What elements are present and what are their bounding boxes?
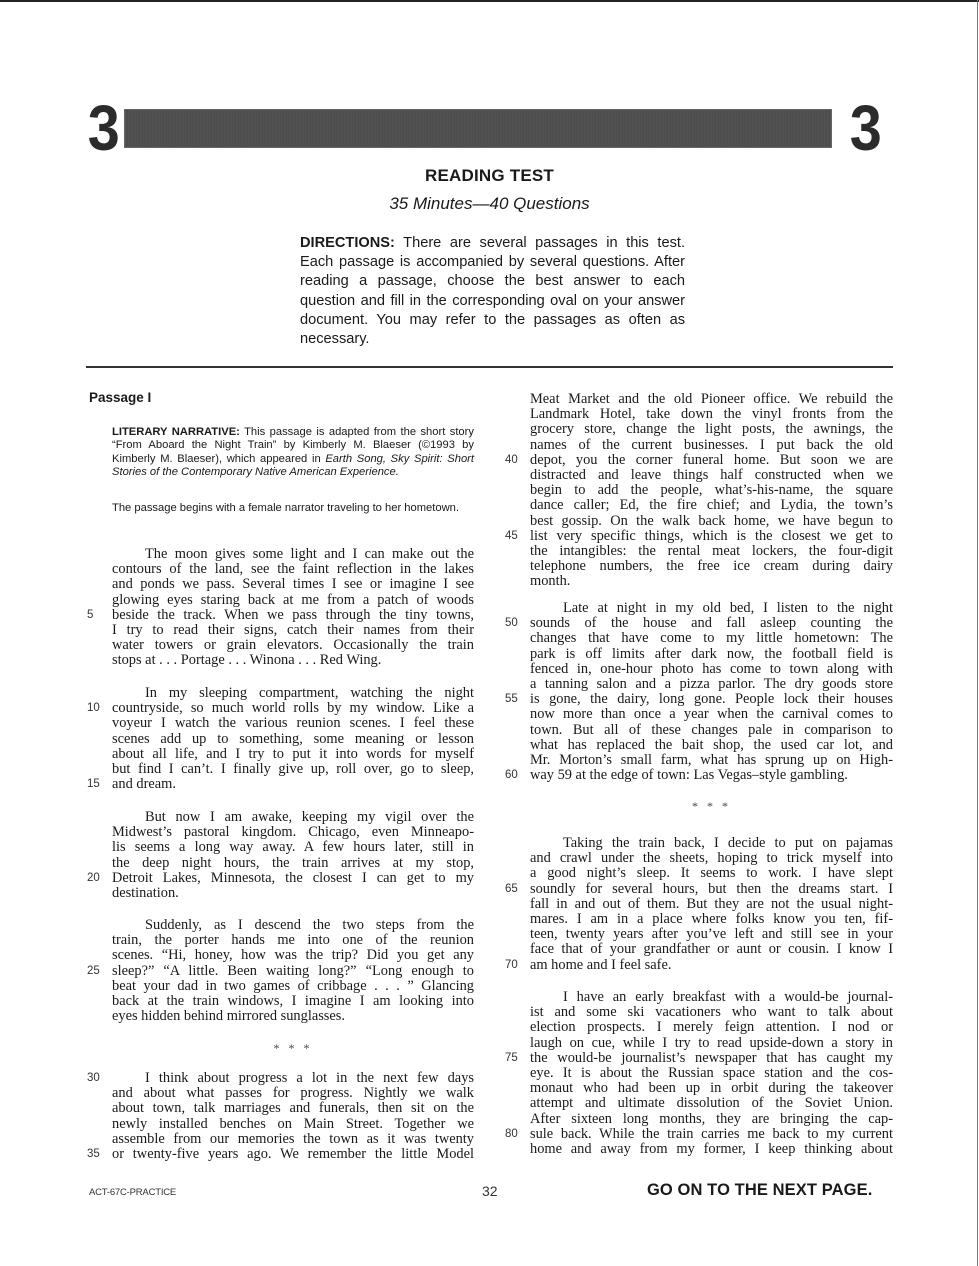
passage-line: Mr. Morton’s small farm, what has sprung… <box>530 753 893 768</box>
passage-line: train, the porter hands me into one of t… <box>112 933 474 948</box>
passage-line: park is off limits after dark now, the f… <box>530 647 893 662</box>
passage-paragraph: In my sleeping compartment, watching the… <box>112 686 474 792</box>
passage-line: eye. It is about the Russian space stati… <box>530 1066 893 1081</box>
passage-line: telephone numbers, the free ice cream du… <box>530 559 893 574</box>
passage-line: soundly for several hours, but then the … <box>530 882 893 897</box>
passage-line: eyes hidden behind mirrored sunglasses. <box>112 1009 474 1024</box>
line-number: 80 <box>505 1127 523 1142</box>
directions: DIRECTIONS: There are several passages i… <box>300 234 685 349</box>
line-number: 65 <box>505 882 523 897</box>
passage-line: ist and some ski vacationers who want to… <box>530 1005 893 1020</box>
passage-line: But now I am awake, keeping my vigil ove… <box>112 810 474 825</box>
passage-line: about town, talk marriages and funerals,… <box>112 1101 474 1116</box>
passage-line: I think about progress a lot in the next… <box>112 1071 474 1086</box>
passage-line: I have an early breakfast with a would-b… <box>530 990 893 1005</box>
passage-line: beside the track. When we pass through t… <box>112 608 474 623</box>
passage-line: laugh on cue, while I try to read upside… <box>530 1036 893 1051</box>
test-title: READING TEST <box>0 166 979 186</box>
passage-line: the would-be journalist’s newspaper that… <box>530 1051 893 1066</box>
line-number: 60 <box>505 768 523 783</box>
passage-line: way 59 at the edge of town: Las Vegas–st… <box>530 768 893 783</box>
section-break-right: * * * <box>530 799 893 814</box>
passage-line: sleep?” “A little. Been waiting long?” “… <box>112 964 474 979</box>
passage-line: what has replaced the bait shop, the use… <box>530 738 893 753</box>
passage-line: the deep night hours, the train arrives … <box>112 856 474 871</box>
passage-line: a tanning salon and a pizza parlor. The … <box>530 677 893 692</box>
line-number: 20 <box>87 871 105 886</box>
line-number: 15 <box>87 777 105 792</box>
passage-line: mares. I am in a place where folks know … <box>530 912 893 927</box>
passage-line: water towers or grain elevators. Occasio… <box>112 638 474 653</box>
passage-line: begin to add the people, what’s-his-name… <box>530 483 893 498</box>
passage-line: Midwest’s pastoral kingdom. Chicago, eve… <box>112 825 474 840</box>
passage-line: sule back. While the train carries me ba… <box>530 1127 893 1142</box>
passage-line: sounds of the house and fall asleep coun… <box>530 616 893 631</box>
passage-line: lis seems a long way away. A few hours l… <box>112 840 474 855</box>
passage-paragraph: I think about progress a lot in the next… <box>112 1071 474 1162</box>
line-number: 35 <box>87 1147 105 1162</box>
passage-line: names of the current businesses. I put b… <box>530 438 893 453</box>
line-number: 70 <box>505 958 523 973</box>
line-number: 45 <box>505 529 523 544</box>
passage-line: the intangibles: the rental meat lockers… <box>530 544 893 559</box>
line-number: 30 <box>87 1071 105 1086</box>
directions-text: There are several passages in this test.… <box>300 235 685 347</box>
passage-line: and about what passes for progress. Nigh… <box>112 1086 474 1101</box>
section-number-left: 3 <box>88 96 120 160</box>
passage-line: or twenty-five years ago. We remember th… <box>112 1147 474 1162</box>
line-number: 25 <box>87 964 105 979</box>
passage-paragraph: Suddenly, as I descend the two steps fro… <box>112 918 474 1024</box>
passage-line: stops at . . . Portage . . . Winona . . … <box>112 653 474 668</box>
passage-line: Meat Market and the old Pioneer office. … <box>530 392 893 407</box>
passage-line: teen, twenty years after you’ve left and… <box>530 927 893 942</box>
passage-line: Suddenly, as I descend the two steps fro… <box>112 918 474 933</box>
passage-line: am home and I feel safe.70 <box>530 958 893 973</box>
passage-paragraph: But now I am awake, keeping my vigil ove… <box>112 810 474 901</box>
line-number: 5 <box>87 608 105 623</box>
passage-line: glowing eyes staring back at me from a p… <box>112 593 474 608</box>
page-right-edge <box>977 0 978 1266</box>
passage-line: distracted and leave things half constru… <box>530 468 893 483</box>
page-top-edge <box>0 0 979 2</box>
line-number: 50 <box>505 616 523 631</box>
passage-line: and crawl under the sheets, hoping to tr… <box>530 851 893 866</box>
passage-line: fenced in, one-hour photo has come to to… <box>530 662 893 677</box>
passage-line: After sixteen long months, they are brin… <box>530 1112 893 1127</box>
passage-line: countryside, so much world rolls by my w… <box>112 701 474 716</box>
passage-intro: LITERARY NARRATIVE: This passage is adap… <box>112 426 474 480</box>
passage-line: changes that have come to my little home… <box>530 631 893 646</box>
passage-line: attempt and ultimate dissolution of the … <box>530 1096 893 1111</box>
passage-line: back at the train windows, I imagine I a… <box>112 994 474 1009</box>
passage-label: Passage I <box>89 390 151 405</box>
passage-context: The passage begins with a female narrato… <box>112 502 474 515</box>
passage-line: newly installed benches on Main Street. … <box>112 1117 474 1132</box>
passage-line: now more than once a year when the carni… <box>530 707 893 722</box>
go-on-notice: GO ON TO THE NEXT PAGE. <box>647 1181 872 1200</box>
passage-paragraph: I have an early breakfast with a would-b… <box>530 990 893 1157</box>
section-number-right: 3 <box>850 96 882 160</box>
directions-label: DIRECTIONS: <box>300 235 395 251</box>
line-number: 75 <box>505 1051 523 1066</box>
passage-line: a good night’s sleep. It seems to work. … <box>530 866 893 881</box>
passage-line: but find I can’t. I finally give up, rol… <box>112 762 474 777</box>
header-divider <box>86 366 893 368</box>
passage-line: fall in and out of them. But they are no… <box>530 897 893 912</box>
passage-line: month. <box>530 574 893 589</box>
passage-line: scenes add up to something, some meaning… <box>112 732 474 747</box>
passage-paragraph: Late at night in my old bed, I listen to… <box>530 601 893 783</box>
test-subtitle: 35 Minutes—40 Questions <box>0 194 979 214</box>
line-number: 55 <box>505 692 523 707</box>
passage-paragraph: Taking the train back, I decide to put o… <box>530 836 893 973</box>
passage-line: contours of the land, see the faint refl… <box>112 562 474 577</box>
section-header-bar <box>124 109 832 148</box>
passage-line: grocery store, change the light posts, t… <box>530 422 893 437</box>
passage-genre: LITERARY NARRATIVE: <box>112 426 240 438</box>
passage-line: town. But all of these changes pale in c… <box>530 723 893 738</box>
page-number: 32 <box>482 1183 498 1199</box>
passage-line: is gone, the dairy, long gone. People lo… <box>530 692 893 707</box>
passage-line: and dream.15 <box>112 777 474 792</box>
form-code: ACT-67C-PRACTICE <box>89 1187 176 1198</box>
section-break-left: * * * <box>112 1041 474 1056</box>
line-number: 40 <box>505 453 523 468</box>
passage-line: voyeur I watch the various reunion scene… <box>112 716 474 731</box>
passage-line: best gossip. On the walk back home, we h… <box>530 514 893 529</box>
passage-line: about all life, and I try to put it into… <box>112 747 474 762</box>
passage-line: destination. <box>112 886 474 901</box>
passage-line: home and away from my former, I keep thi… <box>530 1142 893 1157</box>
passage-paragraph: Meat Market and the old Pioneer office. … <box>530 392 893 589</box>
passage-line: Landmark Hotel, take down the vinyl fron… <box>530 407 893 422</box>
passage-paragraph: The moon gives some light and I can make… <box>112 547 474 669</box>
passage-line: face that of your grandfather or aunt or… <box>530 942 893 957</box>
passage-line: dance caller; Ed, the fire chief; and Ly… <box>530 498 893 513</box>
passage-line: Detroit Lakes, Minnesota, the closest I … <box>112 871 474 886</box>
passage-line: In my sleeping compartment, watching the… <box>112 686 474 701</box>
passage-line: beat your dad in two games of cribbage .… <box>112 979 474 994</box>
line-number: 10 <box>87 701 105 716</box>
passage-line: assemble from our memories the town as i… <box>112 1132 474 1147</box>
passage-line: monaut who had been up in orbit during t… <box>530 1081 893 1096</box>
passage-line: and ponds we pass. Several times I see o… <box>112 577 474 592</box>
passage-line: depot, you the corner funeral home. But … <box>530 453 893 468</box>
passage-line: Taking the train back, I decide to put o… <box>530 836 893 851</box>
passage-line: The moon gives some light and I can make… <box>112 547 474 562</box>
passage-line: I try to read their signs, catch their n… <box>112 623 474 638</box>
passage-line: list very specific things, which is the … <box>530 529 893 544</box>
passage-line: scenes. “Hi, honey, how was the trip? Di… <box>112 948 474 963</box>
passage-line: Late at night in my old bed, I listen to… <box>530 601 893 616</box>
passage-line: election prospects. I merely feign atten… <box>530 1020 893 1035</box>
